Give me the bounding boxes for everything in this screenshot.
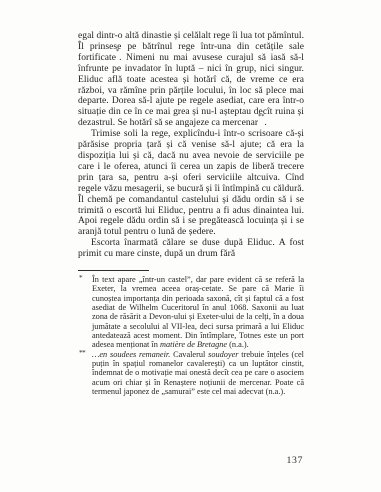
italic-phrase: …en soudees remaneir.	[92, 350, 170, 359]
footnote-marker: **	[79, 349, 85, 358]
footnote-marker: *	[79, 274, 82, 283]
footnote: **…en soudees remaneir. Cavalerul soudoy…	[78, 350, 304, 397]
body-paragraph: egal dintr-o altă dinastie și celălalt r…	[78, 31, 304, 129]
footnote-reference-marker: **	[258, 113, 264, 120]
body-paragraph: Trimise soli la rege, explicîndu-i într-…	[78, 129, 304, 238]
text-column: egal dintr-o altă dinastie și celălalt r…	[78, 31, 304, 397]
footnote: *În text apare „într-un castel”, dar par…	[78, 275, 304, 350]
italic-phrase: soudoyer	[208, 350, 238, 359]
footnotes-section: *În text apare „într-un castel”, dar par…	[78, 275, 304, 396]
page-number: 137	[78, 455, 303, 466]
italic-phrase: matière de Bretagne	[160, 340, 227, 349]
body-paragraph: Escorta înarmată călare se duse după Eli…	[78, 238, 304, 260]
footnote-separator	[78, 270, 149, 271]
footnote-reference-marker: *	[116, 48, 119, 55]
book-page: egal dintr-o altă dinastie și celălalt r…	[0, 0, 381, 492]
body-text: egal dintr-o altă dinastie și celălalt r…	[78, 31, 304, 260]
